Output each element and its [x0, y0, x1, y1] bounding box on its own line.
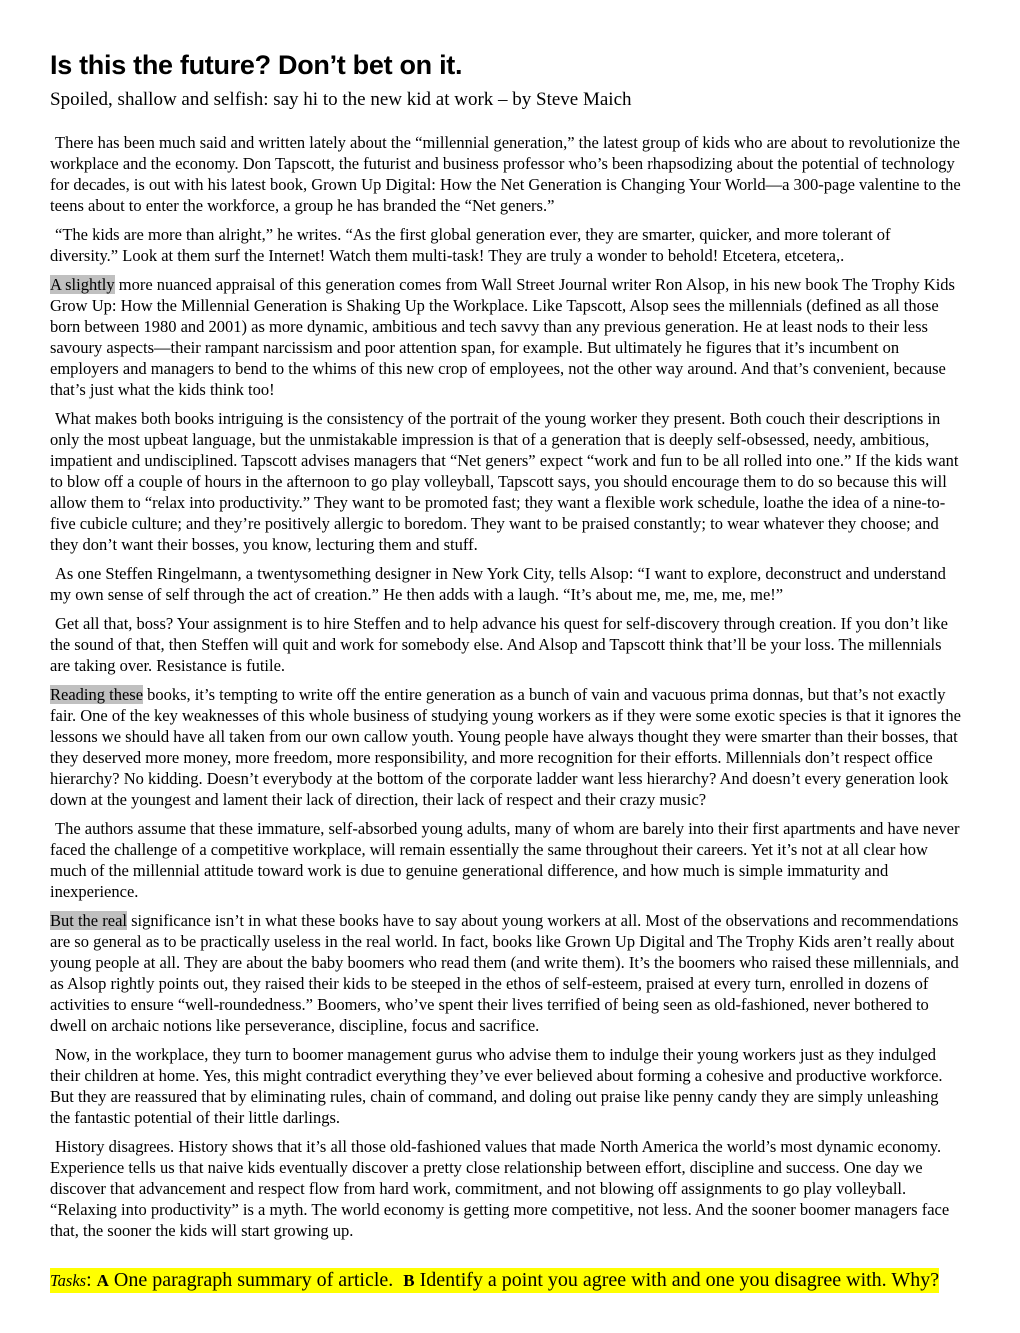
paragraph-text: significance isn’t in what these books h… — [50, 911, 959, 1035]
task-a-text: One paragraph summary of article. — [109, 1269, 403, 1291]
paragraph-text: History disagrees. History shows that it… — [50, 1137, 949, 1240]
paragraph-text: The authors assume that these immature, … — [50, 819, 959, 901]
paragraph-10: Now, in the workplace, they turn to boom… — [50, 1044, 962, 1128]
paragraph-2: “The kids are more than alright,” he wri… — [50, 224, 962, 266]
paragraph-1: There has been much said and written lat… — [50, 132, 962, 216]
task-b-key: B — [403, 1271, 414, 1290]
paragraph-9: But the real significance isn’t in what … — [50, 910, 962, 1036]
document-page: Is this the future? Don’t bet on it. Spo… — [0, 0, 1020, 1333]
tasks-highlight: Tasks: A One paragraph summary of articl… — [50, 1268, 939, 1293]
paragraph-text: What makes both books intriguing is the … — [50, 409, 959, 554]
tasks-label: Tasks — [50, 1271, 86, 1290]
paragraph-4: What makes both books intriguing is the … — [50, 408, 962, 555]
task-a-key: A — [97, 1271, 109, 1290]
paragraph-6: Get all that, boss? Your assignment is t… — [50, 613, 962, 676]
gray-highlight-lead: Reading these — [50, 685, 143, 704]
paragraph-text: more nuanced appraisal of this generatio… — [50, 275, 955, 399]
paragraph-text: There has been much said and written lat… — [50, 133, 961, 215]
gray-highlight-lead: A slightly — [50, 275, 115, 294]
article-subtitle: Spoiled, shallow and selfish: say hi to … — [50, 88, 962, 112]
task-b-text: Identify a point you agree with and one … — [415, 1269, 939, 1291]
tasks-colon: : — [86, 1269, 97, 1291]
article-body: There has been much said and written lat… — [50, 132, 962, 1241]
paragraph-7: Reading these books, it’s tempting to wr… — [50, 684, 962, 810]
paragraph-5: As one Steffen Ringelmann, a twentysomet… — [50, 563, 962, 605]
paragraph-11: History disagrees. History shows that it… — [50, 1136, 962, 1241]
gray-highlight-lead: But the real — [50, 911, 127, 930]
paragraph-text: books, it’s tempting to write off the en… — [50, 685, 961, 809]
paragraph-3: A slightly more nuanced appraisal of thi… — [50, 274, 962, 400]
paragraph-text: “The kids are more than alright,” he wri… — [50, 225, 891, 265]
article-title: Is this the future? Don’t bet on it. — [50, 50, 962, 81]
paragraph-text: Now, in the workplace, they turn to boom… — [50, 1045, 943, 1127]
paragraph-text: As one Steffen Ringelmann, a twentysomet… — [50, 564, 946, 604]
paragraph-text: Get all that, boss? Your assignment is t… — [50, 614, 948, 675]
paragraph-8: The authors assume that these immature, … — [50, 818, 962, 902]
tasks-line: Tasks: A One paragraph summary of articl… — [50, 1267, 962, 1293]
